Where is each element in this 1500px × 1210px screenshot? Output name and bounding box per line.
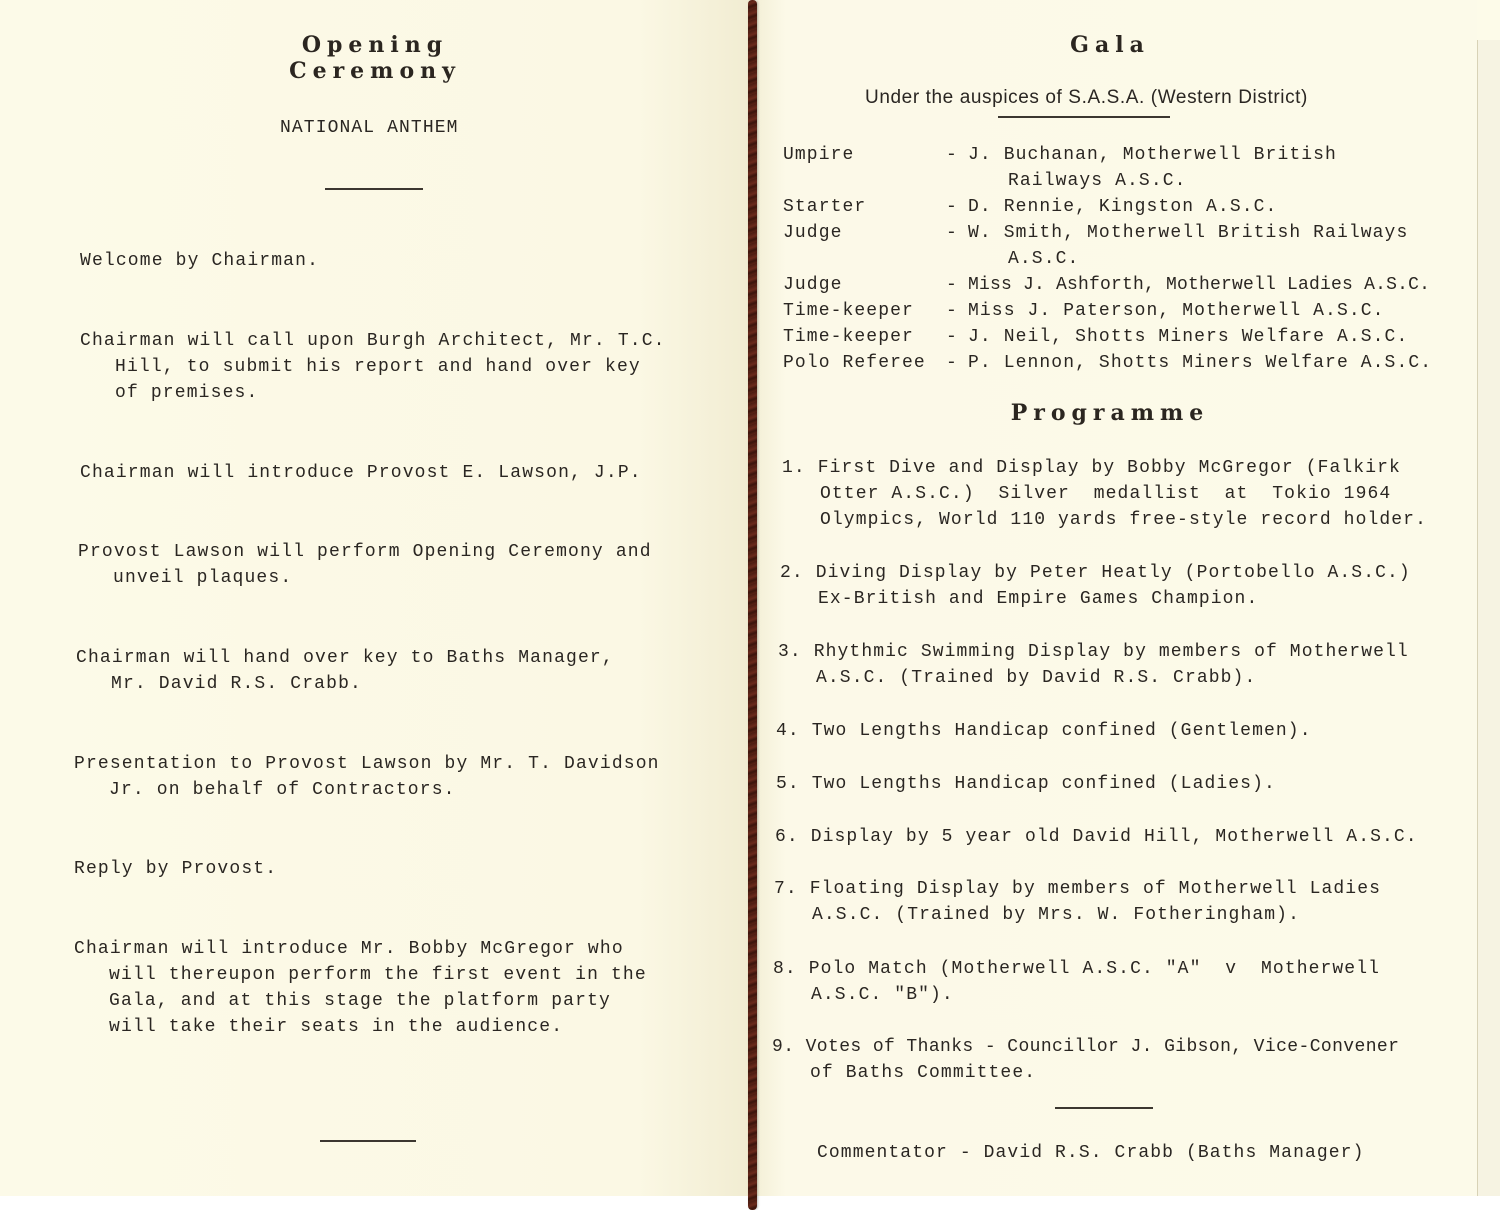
programme-item-text: 4. Two Lengths Handicap confined (Gentle…	[776, 718, 1446, 744]
official-name: Miss J. Paterson, Motherwell A.S.C.	[968, 298, 1385, 324]
programme-item-text: 8. Polo Match (Motherwell A.S.C. "A" v M…	[773, 956, 1443, 982]
official-role: Time-keeper	[783, 324, 946, 350]
ceremony-item-text: Chairman will hand over key to Baths Man…	[76, 645, 676, 671]
official-role: Time-keeper	[783, 298, 946, 324]
programme-item: 2. Diving Display by Peter Heatly (Porto…	[780, 560, 1450, 612]
official-role: Judge	[783, 272, 946, 298]
ceremony-item-text: Jr. on behalf of Contractors.	[74, 777, 674, 803]
programme-item-text: 1. First Dive and Display by Bobby McGre…	[782, 455, 1452, 481]
ceremony-item: Chairman will introduce Mr. Bobby McGreg…	[74, 936, 674, 1040]
ceremony-item-text: Mr. David R.S. Crabb.	[76, 671, 676, 697]
dash: -	[946, 298, 968, 324]
ceremony-item-text: Presentation to Provost Lawson by Mr. T.…	[74, 751, 674, 777]
separator-rule	[320, 1140, 416, 1142]
spacer	[946, 168, 968, 194]
ceremony-item-text: Welcome by Chairman.	[80, 248, 680, 274]
ceremony-item: Chairman will call upon Burgh Architect,…	[80, 328, 680, 406]
programme-item: 1. First Dive and Display by Bobby McGre…	[782, 455, 1452, 533]
programme-item-text: Otter A.S.C.) Silver medallist at Tokio …	[782, 481, 1452, 507]
gala-subtitle: Under the auspices of S.A.S.A. (Western …	[865, 87, 1308, 109]
official-row: Time-keeper - Miss J. Paterson, Motherwe…	[783, 298, 1463, 324]
official-name: W. Smith, Motherwell British Railways	[968, 220, 1408, 246]
ceremony-item-text: Hill, to submit his report and hand over…	[80, 354, 680, 380]
national-anthem-heading: NATIONAL ANTHEM	[280, 115, 459, 141]
ceremony-item: Provost Lawson will perform Opening Cere…	[78, 539, 678, 591]
gala-title: Gala	[1010, 32, 1210, 58]
ceremony-item-text: of premises.	[80, 380, 680, 406]
ceremony-item: Reply by Provost.	[74, 856, 674, 882]
dash: -	[946, 220, 968, 246]
official-row: Judge - W. Smith, Motherwell British Rai…	[783, 220, 1463, 246]
subtitle-underline	[998, 116, 1170, 118]
commentator-line: Commentator - David R.S. Crabb (Baths Ma…	[817, 1140, 1364, 1166]
spacer	[946, 246, 968, 272]
official-name: J. Buchanan, Motherwell British	[968, 142, 1337, 168]
ceremony-item-text: will thereupon perform the first event i…	[74, 962, 674, 988]
programme-item: 9. Votes of Thanks - Councillor J. Gibso…	[772, 1034, 1442, 1086]
binding-cord	[748, 0, 757, 1210]
spacer	[783, 168, 946, 194]
dash: -	[946, 194, 968, 220]
programme-item-text: 6. Display by 5 year old David Hill, Mot…	[775, 824, 1445, 850]
ceremony-item: Chairman will introduce Provost E. Lawso…	[80, 460, 680, 486]
programme-item: 8. Polo Match (Motherwell A.S.C. "A" v M…	[773, 956, 1443, 1008]
programme-item: 5. Two Lengths Handicap confined (Ladies…	[776, 771, 1446, 797]
programme-item-text: A.S.C. (Trained by Mrs. W. Fotheringham)…	[774, 902, 1444, 928]
programme-item-text: A.S.C. (Trained by David R.S. Crabb).	[778, 665, 1448, 691]
separator-rule	[1055, 1107, 1153, 1109]
ceremony-item-text: Gala, and at this stage the platform par…	[74, 988, 674, 1014]
ceremony-item-text: Reply by Provost.	[74, 856, 674, 882]
programme-item-text: of Baths Committee.	[772, 1060, 1442, 1086]
dash: -	[946, 324, 968, 350]
page-edge	[1477, 40, 1500, 1210]
ceremony-item-text: Chairman will introduce Mr. Bobby McGreg…	[74, 936, 674, 962]
programme-item-text: Olympics, World 110 yards free-style rec…	[782, 507, 1452, 533]
programme-item: 6. Display by 5 year old David Hill, Mot…	[775, 824, 1445, 850]
official-name: A.S.C.	[968, 246, 1079, 272]
separator-rule	[325, 188, 423, 190]
programme-item-text: 7. Floating Display by members of Mother…	[774, 876, 1444, 902]
official-row: Polo Referee - P. Lennon, Shotts Miners …	[783, 350, 1463, 376]
official-name: Railways A.S.C.	[968, 168, 1187, 194]
official-role: Polo Referee	[783, 350, 946, 376]
programme-item-text: A.S.C. "B").	[773, 982, 1443, 1008]
ceremony-item-text: Provost Lawson will perform Opening Cere…	[78, 539, 678, 565]
official-role: Umpire	[783, 142, 946, 168]
official-row-continuation: A.S.C.	[783, 246, 1463, 272]
programme-item-text: 3. Rhythmic Swimming Display by members …	[778, 639, 1448, 665]
programme-title: Programme	[1000, 400, 1220, 426]
programme-item: 4. Two Lengths Handicap confined (Gentle…	[776, 718, 1446, 744]
official-name: Miss J. Ashforth, Motherwell Ladies A.S.…	[968, 272, 1430, 298]
ceremony-item: Presentation to Provost Lawson by Mr. T.…	[74, 751, 674, 803]
dash: -	[946, 142, 968, 168]
ceremony-item-text: Chairman will call upon Burgh Architect,…	[80, 328, 680, 354]
officials-list: Umpire - J. Buchanan, Motherwell British…	[783, 142, 1463, 376]
official-name: J. Neil, Shotts Miners Welfare A.S.C.	[968, 324, 1408, 350]
ceremony-item: Chairman will hand over key to Baths Man…	[76, 645, 676, 697]
official-row: Starter - D. Rennie, Kingston A.S.C.	[783, 194, 1463, 220]
official-name: D. Rennie, Kingston A.S.C.	[968, 194, 1277, 220]
official-row: Umpire - J. Buchanan, Motherwell British	[783, 142, 1463, 168]
programme-item: 7. Floating Display by members of Mother…	[774, 876, 1444, 928]
official-name: P. Lennon, Shotts Miners Welfare A.S.C.	[968, 350, 1432, 376]
opening-ceremony-title: Opening Ceremony	[225, 32, 525, 84]
official-row: Judge - Miss J. Ashforth, Motherwell Lad…	[783, 272, 1463, 298]
dash: -	[946, 350, 968, 376]
spacer	[783, 246, 946, 272]
programme-item-text: Ex-British and Empire Games Champion.	[780, 586, 1450, 612]
ceremony-item-text: unveil plaques.	[78, 565, 678, 591]
dash: -	[946, 272, 968, 298]
official-role: Judge	[783, 220, 946, 246]
programme-item-text: 2. Diving Display by Peter Heatly (Porto…	[780, 560, 1450, 586]
ceremony-item: Welcome by Chairman.	[80, 248, 680, 274]
programme-item: 3. Rhythmic Swimming Display by members …	[778, 639, 1448, 691]
official-role: Starter	[783, 194, 946, 220]
official-row: Time-keeper - J. Neil, Shotts Miners Wel…	[783, 324, 1463, 350]
programme-item-text: 5. Two Lengths Handicap confined (Ladies…	[776, 771, 1446, 797]
programme-item-text: 9. Votes of Thanks - Councillor J. Gibso…	[772, 1034, 1442, 1060]
ceremony-item-text: will take their seats in the audience.	[74, 1014, 674, 1040]
official-row-continuation: Railways A.S.C.	[783, 168, 1463, 194]
ceremony-item-text: Chairman will introduce Provost E. Lawso…	[80, 460, 680, 486]
